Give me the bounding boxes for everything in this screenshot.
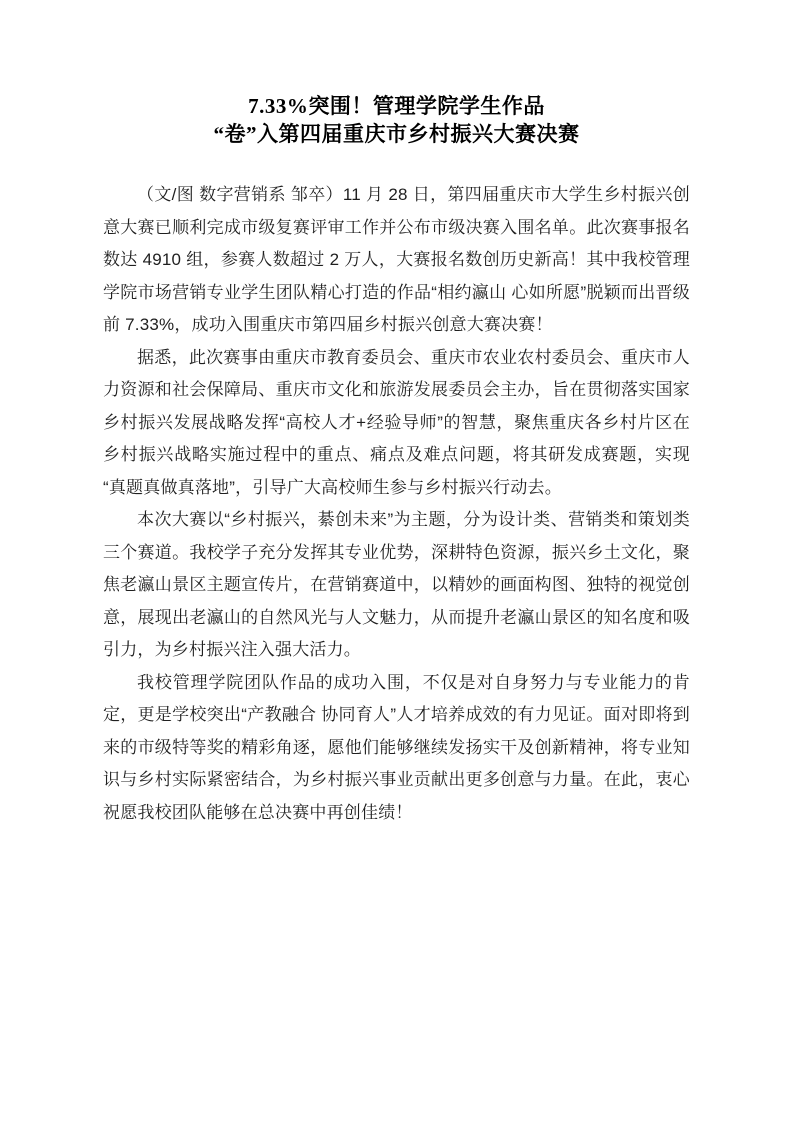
paragraph-1-text: 11 月 28 日，第四届重庆市大学生乡村振兴创意大赛已顺利完成市级复赛评审工作… [103, 185, 690, 334]
document-page: 7.33%突围！管理学院学生作品 “卷”入第四届重庆市乡村振兴大赛决赛 （文/图… [0, 0, 793, 1122]
byline: （文/图 数字营销系 邹卒） [137, 185, 343, 204]
article-title: 7.33%突围！管理学院学生作品 “卷”入第四届重庆市乡村振兴大赛决赛 [103, 92, 690, 148]
paragraph-1: （文/图 数字营销系 邹卒）11 月 28 日，第四届重庆市大学生乡村振兴创意大… [103, 179, 690, 342]
paragraph-3: 本次大赛以“乡村振兴，綦创未来”为主题，分为设计类、营销类和策划类三个赛道。我校… [103, 504, 690, 667]
article-title-line-2: “卷”入第四届重庆市乡村振兴大赛决赛 [103, 120, 690, 148]
article-title-line-1: 7.33%突围！管理学院学生作品 [103, 92, 690, 120]
paragraph-2: 据悉，此次赛事由重庆市教育委员会、重庆市农业农村委员会、重庆市人力资源和社会保障… [103, 342, 690, 505]
article-body: （文/图 数字营销系 邹卒）11 月 28 日，第四届重庆市大学生乡村振兴创意大… [103, 179, 690, 829]
paragraph-4: 我校管理学院团队作品的成功入围，不仅是对自身努力与专业能力的肯定，更是学校突出“… [103, 667, 690, 830]
